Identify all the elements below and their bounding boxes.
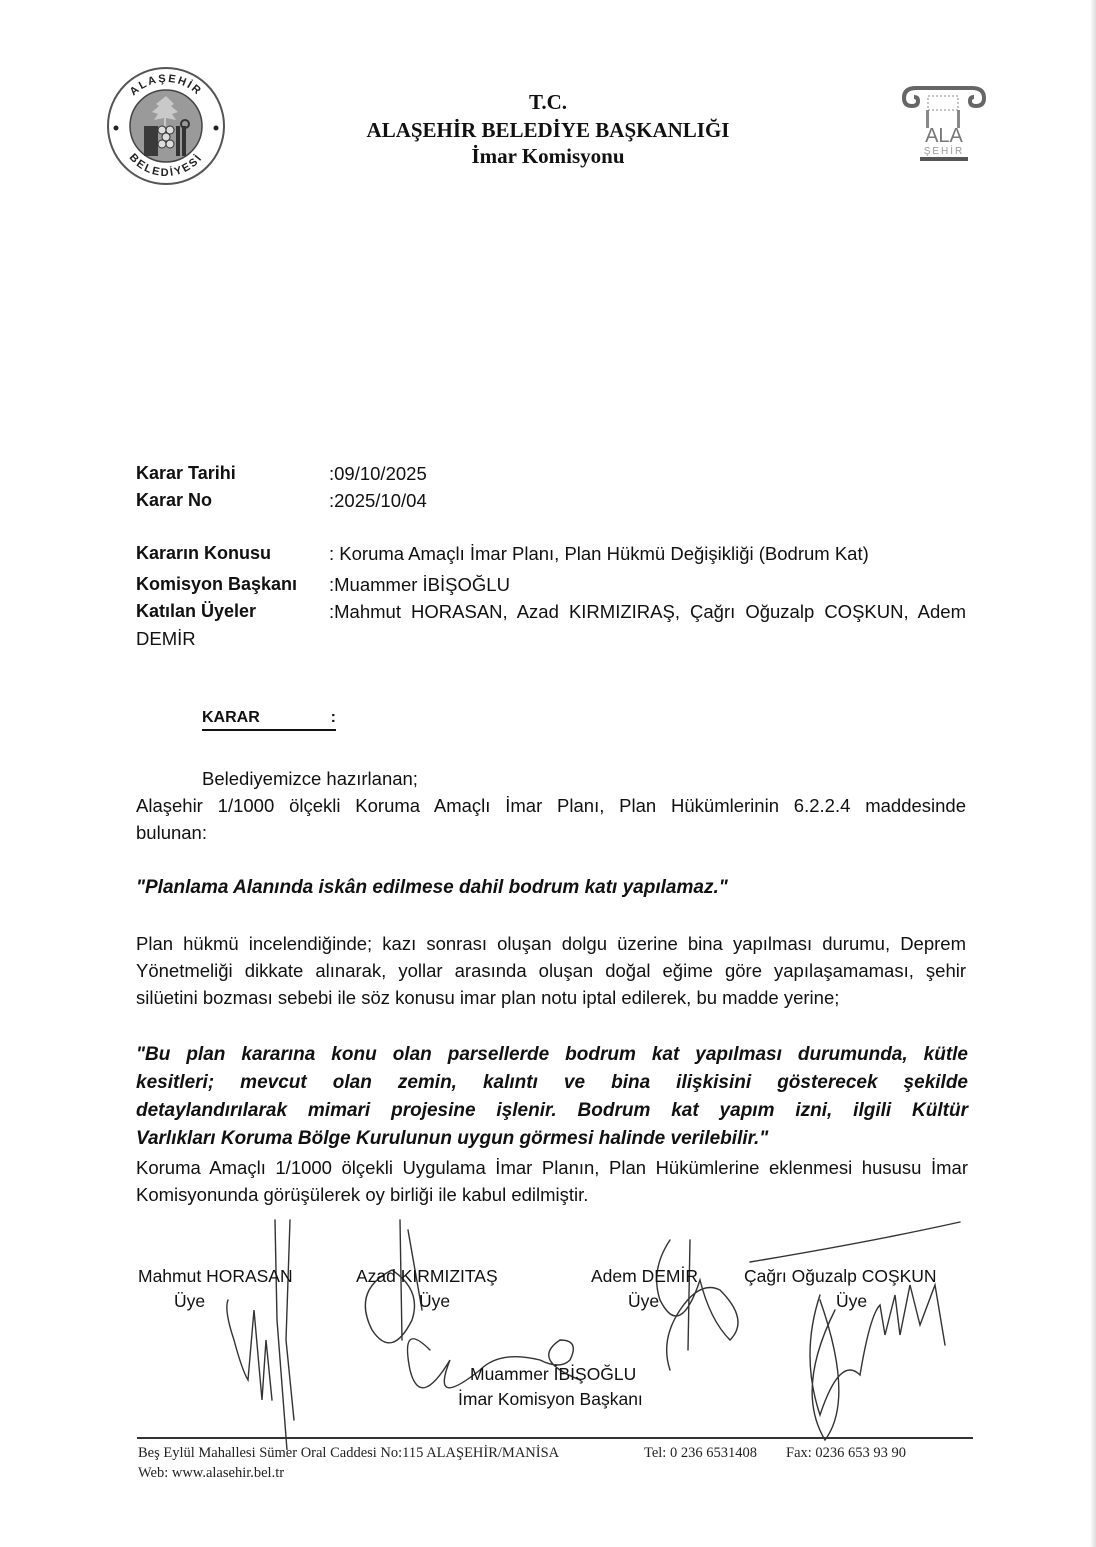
footer-web: Web: www.alasehir.bel.tr	[138, 1464, 284, 1483]
svg-text:ALA: ALA	[925, 125, 963, 147]
ala-sehir-column-logo: ALA ŞEHİR	[898, 86, 990, 162]
signature-scribbles	[130, 1200, 990, 1450]
page-edge	[1090, 0, 1096, 1547]
karar-heading: KARAR :	[202, 709, 336, 731]
signature-role-3: Üye	[628, 1291, 659, 1312]
new-rule-quote: "Bu plan kararına konu olan parsellerde …	[136, 1041, 968, 1153]
signature-name-3: Adem DEMİR	[591, 1266, 698, 1287]
uyeler-value-cont: DEMİR	[136, 628, 196, 650]
svg-text:ŞEHİR: ŞEHİR	[924, 144, 965, 157]
signature-role-4: Üye	[836, 1291, 867, 1312]
para1-line2: bulunan:	[136, 819, 207, 846]
signature-name-chair: Muammer İBİŞOĞLU	[470, 1364, 636, 1385]
footer-divider	[137, 1437, 973, 1439]
konu-label: Kararın Konusu	[136, 543, 271, 564]
signature-role-chair: İmar Komisyon Başkanı	[458, 1389, 643, 1410]
footer-fax: Fax: 0236 653 93 90	[786, 1444, 906, 1463]
signature-name-2: Azad KIRMIZITAŞ	[356, 1266, 498, 1287]
signature-name-1: Mahmut HORASAN	[138, 1266, 293, 1287]
karar-intro: Belediyemizce hazırlanan;	[202, 765, 418, 792]
para1-line1: Alaşehir 1/1000 ölçekli Koruma Amaçlı İm…	[136, 792, 966, 819]
karar-no-label: Karar No	[136, 490, 212, 511]
karar-tarihi-value: :09/10/2025	[329, 463, 427, 485]
baskan-label: Komisyon Başkanı	[136, 574, 297, 595]
uyeler-value: :Mahmut HORASAN, Azad KIRMIZIRAŞ, Çağrı …	[329, 601, 966, 623]
signature-name-4: Çağrı Oğuzalp COŞKUN	[744, 1266, 937, 1287]
para2: Plan hükmü incelendiğinde; kazı sonrası …	[136, 930, 966, 1011]
konu-value: : Koruma Amaçlı İmar Planı, Plan Hükmü D…	[329, 543, 869, 565]
karar-tarihi-label: Karar Tarihi	[136, 463, 236, 484]
karar-no-value: :2025/10/04	[329, 490, 427, 512]
signature-role-2: Üye	[419, 1291, 450, 1312]
uyeler-label: Katılan Üyeler	[136, 601, 256, 622]
baskan-value: :Muammer İBİŞOĞLU	[329, 574, 510, 596]
footer-tel: Tel: 0 236 6531408	[644, 1444, 757, 1463]
signature-role-1: Üye	[174, 1291, 205, 1312]
footer-address: Beş Eylül Mahallesi Sümer Oral Caddesi N…	[138, 1444, 559, 1463]
old-rule-quote: "Planlama Alanında iskân edilmese dahil …	[136, 874, 728, 902]
